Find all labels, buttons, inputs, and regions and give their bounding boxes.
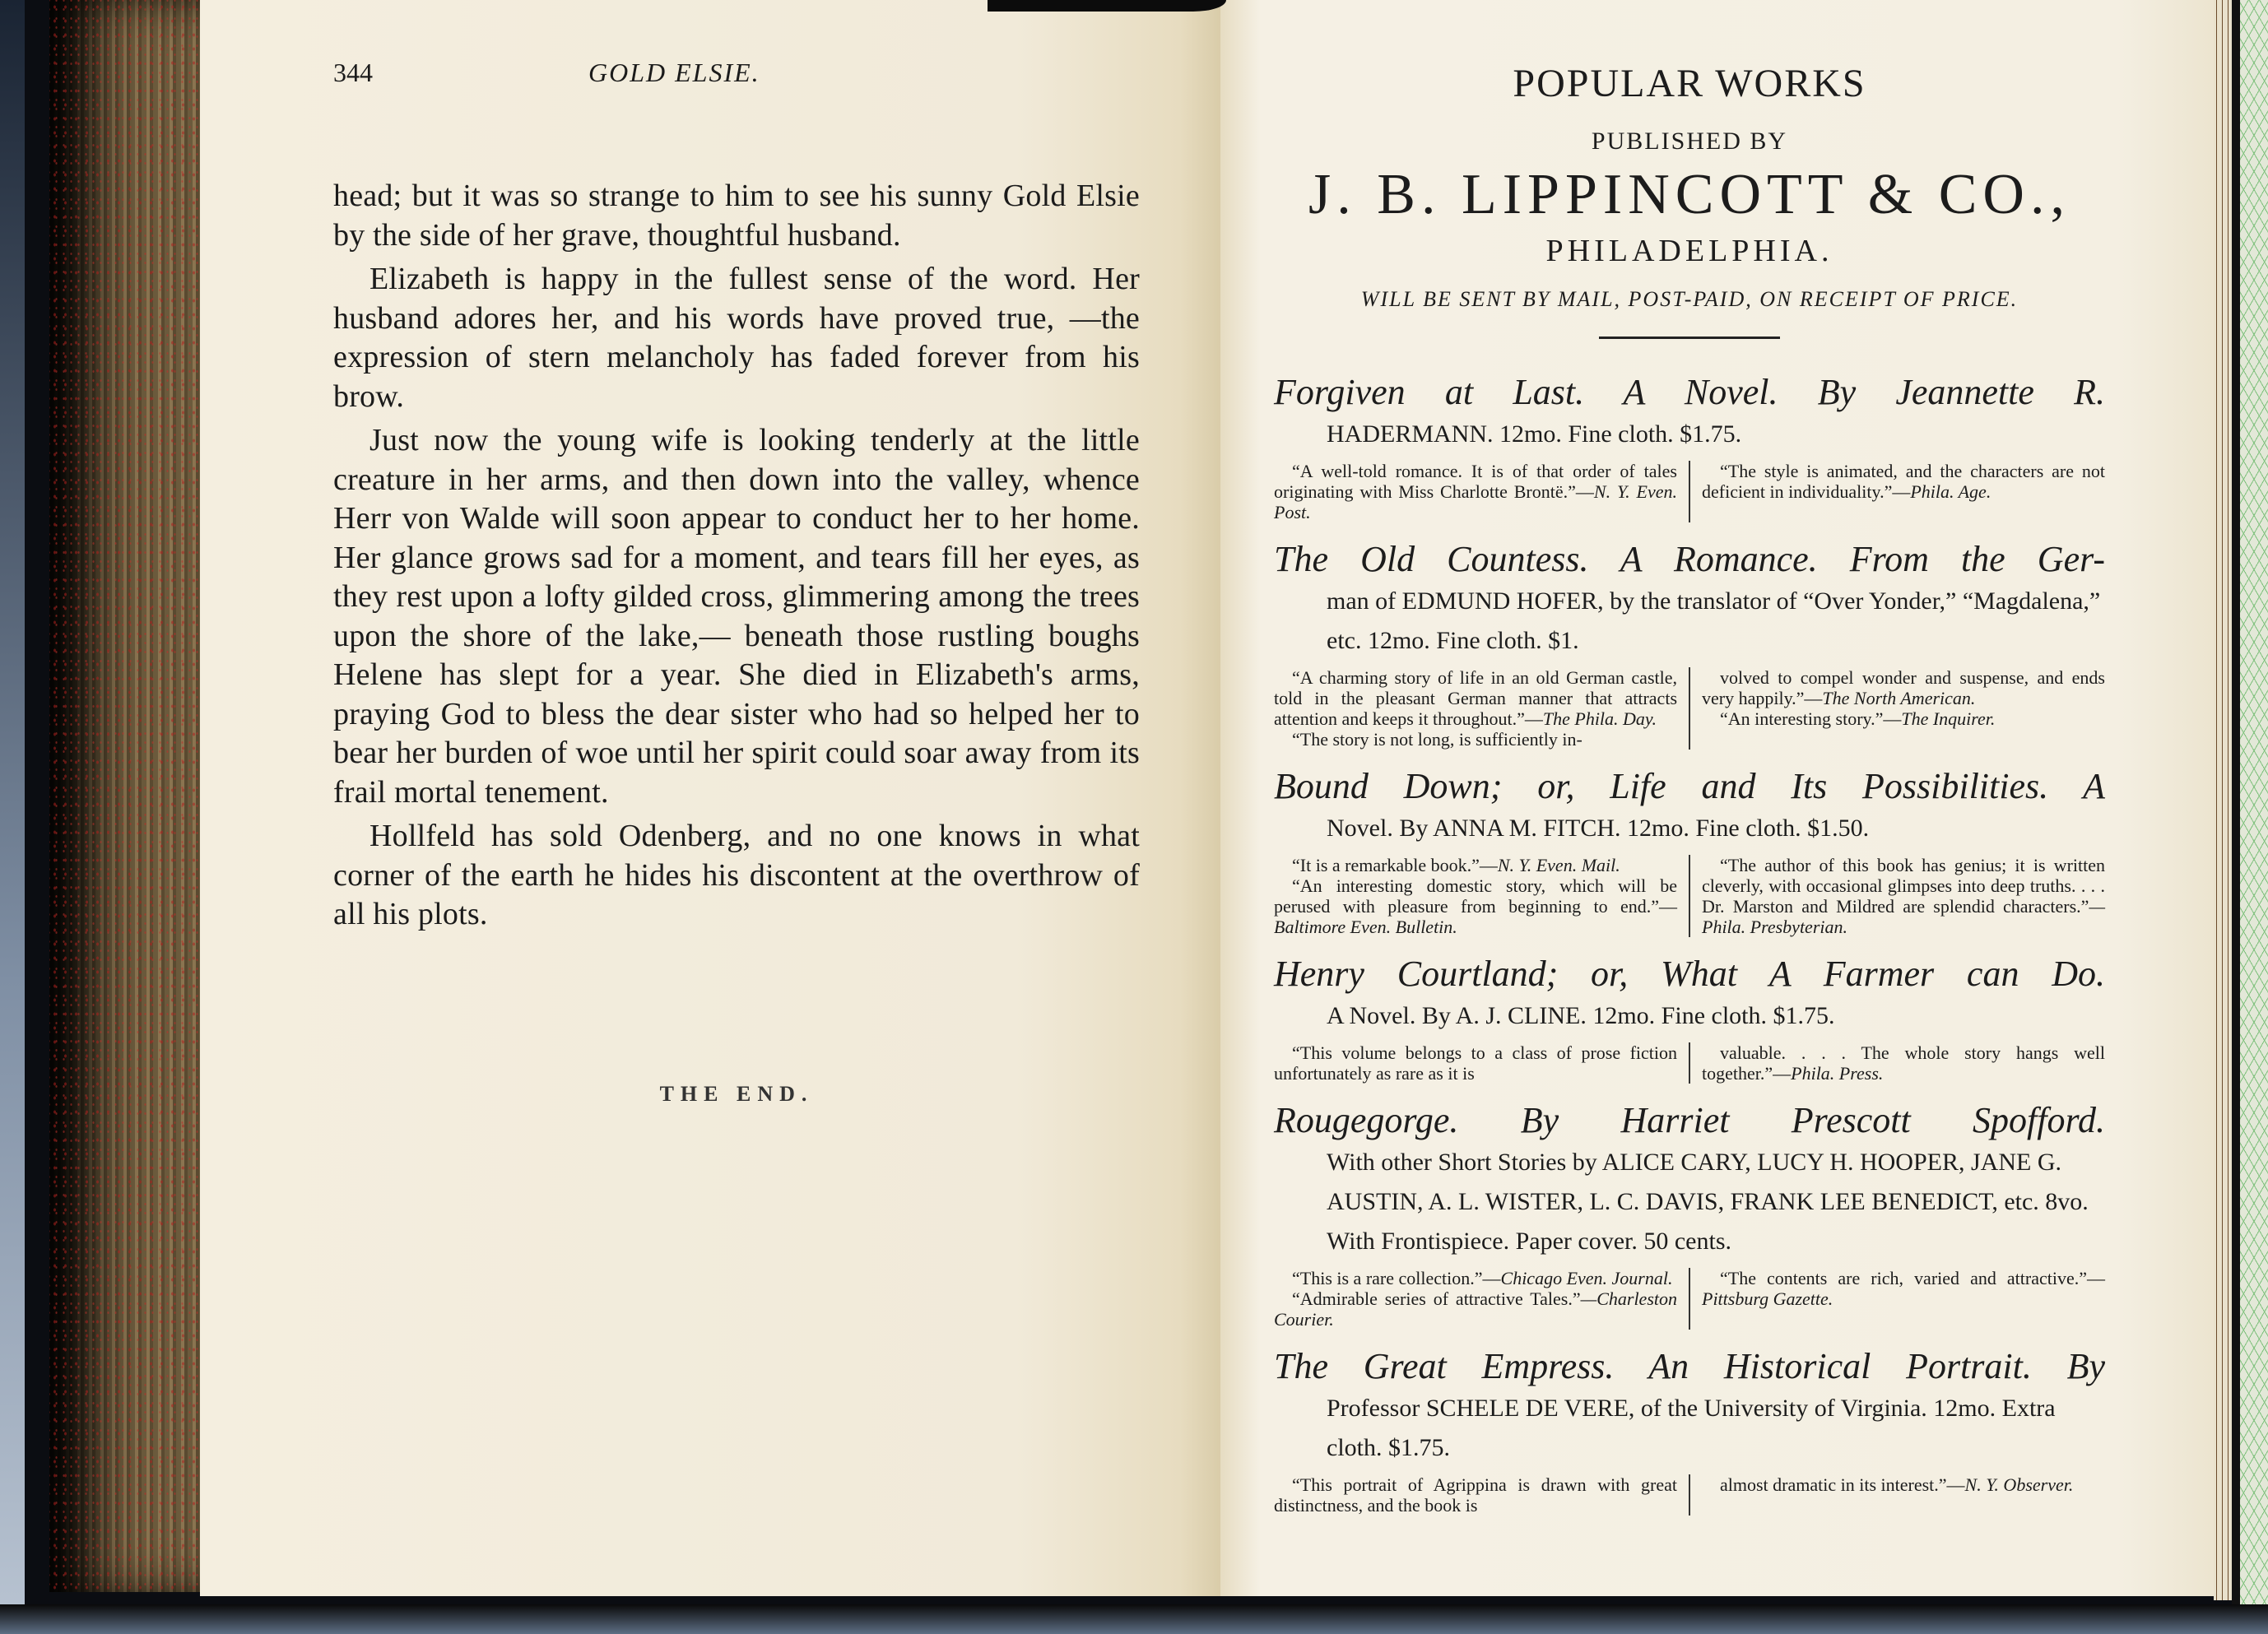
review-source: N. Y. Observer. [1965, 1474, 2074, 1495]
book-cover-edge [2232, 0, 2240, 1613]
reviews: “A well-told romance. It is of that orde… [1274, 461, 2105, 522]
mail-note: WILL BE SENT BY MAIL, POST-PAID, ON RECE… [1274, 287, 2105, 312]
publisher-name: J. B. LIPPINCOTT & CO., [1274, 162, 2105, 228]
left-page-content: 344 GOLD ELSIE. head; but it was so stra… [333, 58, 1140, 935]
running-head: 344 GOLD ELSIE. [333, 58, 1140, 107]
review-text: “The story is not long, is sufficiently … [1274, 729, 1677, 750]
review-text: “The contents are rich, varied and attra… [1720, 1268, 2105, 1288]
reviews: “This volume belongs to a class of prose… [1274, 1042, 2105, 1084]
paragraph: head; but it was so strange to him to se… [333, 177, 1140, 255]
review-left: “This volume belongs to a class of prose… [1274, 1042, 1690, 1084]
review-text: “Admirable series of attractive Tales.” [1292, 1288, 1581, 1309]
review-text: “This portrait of Agrippina is drawn wit… [1274, 1474, 1677, 1516]
book-details: A Novel. By A. J. CLINE. 12mo. Fine clot… [1274, 996, 2105, 1036]
book-title: Bound Down; or, Life and Its Possibiliti… [1274, 764, 2105, 809]
review-right: “The author of this book has genius; it … [1690, 855, 2105, 937]
review-text: “An interesting domestic story, which wi… [1274, 875, 1677, 917]
reviews: “This is a rare collection.”—Chicago Eve… [1274, 1268, 2105, 1330]
review-left: “A well-told romance. It is of that orde… [1274, 461, 1690, 522]
book-entry: The Great Empress. An Historical Portrai… [1274, 1344, 2105, 1516]
review-text: “An interesting story.”— [1720, 708, 1901, 729]
book-entry: Bound Down; or, Life and Its Possibiliti… [1274, 764, 2105, 937]
the-end: THE END. [333, 1082, 1140, 1107]
review-right: almost dramatic in its interest.”—N. Y. … [1690, 1474, 2105, 1516]
review-source: Chicago Even. Journal. [1501, 1268, 1673, 1288]
paragraph: Hollfeld has sold Odenberg, and no one k… [333, 817, 1140, 935]
review-left: “This is a rare collection.”—Chicago Eve… [1274, 1268, 1690, 1330]
review-text: “This volume belongs to a class of prose… [1274, 1042, 1677, 1084]
review-left: “This portrait of Agrippina is drawn wit… [1274, 1474, 1690, 1516]
body-text: head; but it was so strange to him to se… [333, 177, 1140, 935]
page-edges-left [49, 0, 202, 1592]
reviews: “This portrait of Agrippina is drawn wit… [1274, 1474, 2105, 1516]
review-right: volved to compel wonder and suspense, an… [1690, 667, 2105, 750]
book-title: The Great Empress. An Historical Portrai… [1274, 1344, 2105, 1389]
book-list: Forgiven at Last. A Novel. By Jeannette … [1274, 370, 2105, 1516]
book-title: Forgiven at Last. A Novel. By Jeannette … [1274, 370, 2105, 415]
review-source: The Phila. Day. [1543, 708, 1657, 729]
review-source: Phila. Press. [1791, 1063, 1883, 1084]
review-text: valuable. . . . The whole story hangs we… [1702, 1042, 2105, 1084]
book-title: Rougegorge. By Harriet Prescott Spofford… [1274, 1098, 2105, 1143]
spine-shadow [988, 0, 1226, 12]
book-entry: Forgiven at Last. A Novel. By Jeannette … [1274, 370, 2105, 522]
ad-heading: POPULAR WORKS [1274, 61, 2105, 106]
divider-rule [1599, 337, 1780, 339]
book-title: Henry Courtland; or, What A Farmer can D… [1274, 952, 2105, 996]
review-source: Baltimore Even. Bulletin. [1274, 917, 1457, 937]
review-source: Phila. Age. [1910, 481, 1991, 502]
book-details: Novel. By ANNA M. FITCH. 12mo. Fine clot… [1274, 809, 2105, 848]
review-source: N. Y. Even. Mail. [1498, 855, 1620, 875]
book-entry: Rougegorge. By Harriet Prescott Spofford… [1274, 1098, 2105, 1330]
endpaper-pattern [2240, 0, 2268, 1613]
review-right: “The contents are rich, varied and attra… [1690, 1268, 2105, 1330]
paragraph: Just now the young wife is looking tende… [333, 421, 1140, 812]
page-edges-right [2214, 0, 2232, 1600]
book-title: The Old Countess. A Romance. From the Ge… [1274, 537, 2105, 582]
ad-subheading: PUBLISHED BY [1274, 128, 2105, 156]
running-title: GOLD ELSIE. [588, 58, 760, 88]
book-details: With other Short Stories by ALICE CARY, … [1274, 1143, 2105, 1261]
book-cover-bottom [0, 1604, 2268, 1634]
review-right: valuable. . . . The whole story hangs we… [1690, 1042, 2105, 1084]
reviews: “A charming story of life in an old Germ… [1274, 667, 2105, 750]
book-details: HADERMANN. 12mo. Fine cloth. $1.75. [1274, 415, 2105, 454]
review-left: “It is a remarkable book.”—N. Y. Even. M… [1274, 855, 1690, 937]
review-text: “The author of this book has genius; it … [1702, 855, 2105, 917]
right-page-content: POPULAR WORKS PUBLISHED BY J. B. LIPPINC… [1274, 58, 2105, 1530]
review-text: “It is a remarkable book.”— [1292, 855, 1498, 875]
book-entry: The Old Countess. A Romance. From the Ge… [1274, 537, 2105, 750]
book-details: Professor SCHELE DE VERE, of the Univers… [1274, 1389, 2105, 1468]
background [0, 0, 25, 1634]
review-right: “The style is animated, and the characte… [1690, 461, 2105, 522]
reviews: “It is a remarkable book.”—N. Y. Even. M… [1274, 855, 2105, 937]
review-left: “A charming story of life in an old Germ… [1274, 667, 1690, 750]
book-details: man of EDMUND HOFER, by the translator o… [1274, 582, 2105, 661]
review-source: The Inquirer. [1901, 708, 1995, 729]
review-text: almost dramatic in its interest.”— [1720, 1474, 1965, 1495]
page-number: 344 [333, 58, 448, 88]
review-text: “The style is animated, and the characte… [1702, 461, 2105, 502]
review-source: The North American. [1822, 688, 1975, 708]
book-entry: Henry Courtland; or, What A Farmer can D… [1274, 952, 2105, 1084]
publisher-city: PHILADELPHIA. [1274, 233, 2105, 269]
paragraph: Elizabeth is happy in the fullest sense … [333, 260, 1140, 416]
review-text: “This is a rare collection.”— [1292, 1268, 1501, 1288]
review-source: Pittsburg Gazette. [1702, 1288, 1833, 1309]
